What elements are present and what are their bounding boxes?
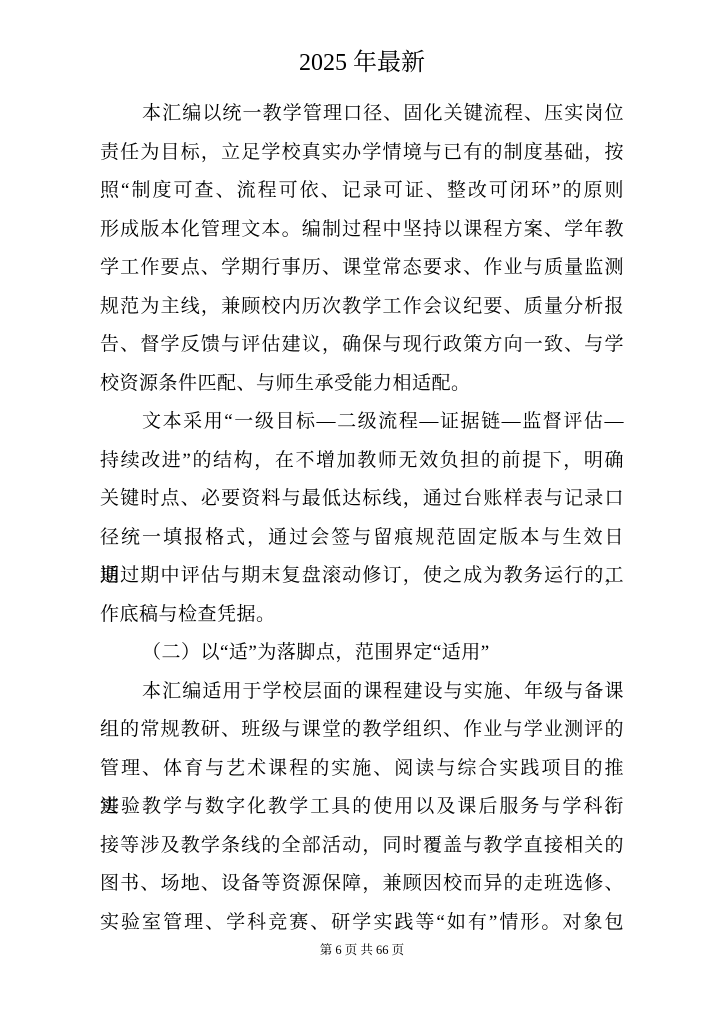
paragraph: 本汇编适用于学校层面的课程建设与实施、年级与备课组的常规教研、班级与课堂的教学组… bbox=[100, 673, 624, 943]
text-line: 接等涉及教学条线的全部活动，同时覆盖与教学直接相关的 bbox=[100, 827, 624, 866]
text-line: 组的常规教研、班级与课堂的教学组织、作业与学业测评的 bbox=[100, 711, 624, 750]
document-body: 本汇编以统一教学管理口径、固化关键流程、压实岗位责任为目标，立足学校真实办学情境… bbox=[100, 95, 624, 942]
page-footer: 第 6 页 共 66 页 bbox=[0, 941, 724, 959]
text-line: 持续改进”的结构，在不增加教师无效负担的前提下，明确 bbox=[100, 442, 624, 481]
page-title: 2025 年最新 bbox=[0, 48, 724, 78]
text-line: 校资源条件匹配、与师生承受能力相适配。 bbox=[100, 365, 624, 404]
text-line: 形成版本化管理文本。编制过程中坚持以课程方案、学年教 bbox=[100, 211, 624, 250]
text-line: 文本采用“一级目标—二级流程—证据链—监督评估— bbox=[100, 403, 624, 442]
text-line: 关键时点、必要资料与最低达标线，通过台账样表与记录口 bbox=[100, 480, 624, 519]
text-line: 实验室管理、学科竞赛、研学实践等“如有”情形。对象包 bbox=[100, 904, 624, 943]
text-line: 学工作要点、学期行事历、课堂常态要求、作业与质量监测 bbox=[100, 249, 624, 288]
paragraph: 本汇编以统一教学管理口径、固化关键流程、压实岗位责任为目标，立足学校真实办学情境… bbox=[100, 95, 624, 403]
document-page: 2025 年最新 本汇编以统一教学管理口径、固化关键流程、压实岗位责任为目标，立… bbox=[0, 0, 724, 1024]
text-line: 径统一填报格式，通过会签与留痕规范固定版本与生效日期， bbox=[100, 519, 624, 558]
text-line: 本汇编以统一教学管理口径、固化关键流程、压实岗位 bbox=[100, 95, 624, 134]
text-line: 管理、体育与艺术课程的实施、阅读与综合实践项目的推进、 bbox=[100, 750, 624, 789]
text-line: 作底稿与检查凭据。 bbox=[100, 596, 624, 635]
text-line: 图书、场地、设备等资源保障，兼顾因校而异的走班选修、 bbox=[100, 865, 624, 904]
text-line: 本汇编适用于学校层面的课程建设与实施、年级与备课 bbox=[100, 673, 624, 712]
text-line: 告、督学反馈与评估建议，确保与现行政策方向一致、与学 bbox=[100, 326, 624, 365]
text-line: 照“制度可查、流程可依、记录可证、整改可闭环”的原则 bbox=[100, 172, 624, 211]
text-line: 规范为主线，兼顾校内历次教学工作会议纪要、质量分析报 bbox=[100, 288, 624, 327]
text-line: 通过期中评估与期末复盘滚动修订，使之成为教务运行的工 bbox=[100, 557, 624, 596]
text-line: 实验教学与数字化教学工具的使用以及课后服务与学科衔 bbox=[100, 788, 624, 827]
text-line: 责任为目标，立足学校真实办学情境与已有的制度基础，按 bbox=[100, 134, 624, 173]
section-heading: （二）以“适”为落脚点，范围界定“适用” bbox=[100, 634, 624, 673]
paragraph: 文本采用“一级目标—二级流程—证据链—监督评估—持续改进”的结构，在不增加教师无… bbox=[100, 403, 624, 634]
text-line: （二）以“适”为落脚点，范围界定“适用” bbox=[100, 634, 624, 673]
